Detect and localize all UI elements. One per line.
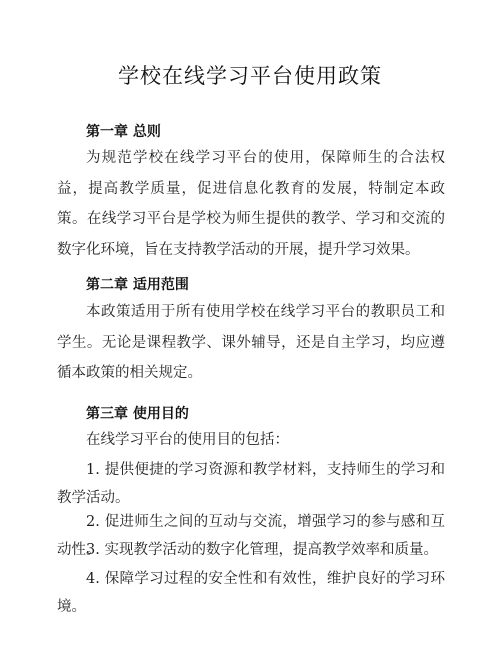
chapter-1-heading: 第一章 总则 — [86, 121, 161, 141]
document-title: 学校在线学习平台使用政策 — [0, 60, 500, 90]
list-item: 3. 实现教学活动的数字化管理，提高教学效率和质量。 — [57, 536, 445, 564]
list-item: 1. 提供便捷的学习资源和教学材料，支持师生的学习和教学活动。 — [57, 456, 445, 512]
chapter-1-paragraph: 为规范学校在线学习平台的使用，保障师生的合法权益，提高教学质量，促进信息化教育的… — [57, 143, 445, 265]
chapter-3-heading: 第三章 使用目的 — [86, 403, 189, 423]
list-item: 4. 保障学习过程的安全性和有效性，维护良好的学习环境。 — [57, 565, 445, 621]
chapter-2-heading: 第二章 适用范围 — [86, 274, 189, 294]
document-page: 学校在线学习平台使用政策 第一章 总则 为规范学校在线学习平台的使用，保障师生的… — [0, 0, 500, 647]
chapter-2-paragraph: 本政策适用于所有使用学校在线学习平台的教职员工和学生。无论是课程教学、课外辅导，… — [57, 297, 445, 389]
chapter-3-intro: 在线学习平台的使用目的包括： — [57, 425, 445, 456]
